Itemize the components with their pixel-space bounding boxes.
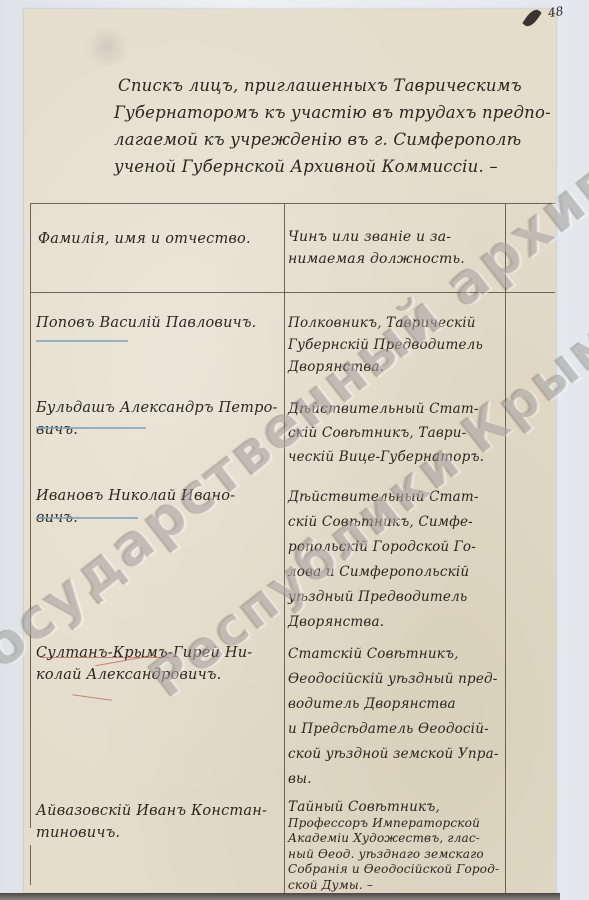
header-text: Фамилія, имя и отчество.	[38, 228, 251, 250]
table-row-rank: Тайный Совѣтникъ, Профессоръ Императорск…	[288, 800, 499, 893]
cell-text: колай Александровичъ.	[36, 664, 252, 686]
table-top-rule	[30, 203, 555, 204]
cell-text: Академіи Художествъ, глас-	[288, 831, 499, 847]
blue-pencil-underline	[36, 340, 128, 342]
embossed-seal-icon	[82, 27, 132, 67]
column-divider-rule	[505, 203, 506, 893]
blue-pencil-underline	[36, 427, 146, 429]
header-text: Чинъ или званіе и за-	[288, 226, 465, 248]
title-line: лагаемой къ учрежденію въ г. Симферополѣ	[114, 126, 558, 153]
cell-text: Ивановъ Николай Ивано-	[36, 485, 235, 507]
table-left-rule-lower	[30, 845, 31, 885]
cell-text: Статскій Совѣтникъ,	[288, 642, 499, 667]
cell-text: Губернскій Предводитель	[288, 334, 483, 356]
cell-text: вичъ.	[36, 419, 278, 441]
title-line: Спискъ лицъ, приглашенныхъ Таврическимъ	[118, 72, 558, 99]
cell-text: скій Совѣтникъ, Таври-	[288, 421, 484, 445]
cell-text: Собранія и Ѳеодосійской Город-	[288, 862, 499, 878]
cell-text: Айвазовскій Иванъ Констан-	[36, 800, 267, 822]
cell-text: ный Ѳеод. уѣзднаго земскаго	[288, 847, 499, 863]
blue-pencil-underline	[36, 517, 138, 519]
header-rank-column: Чинъ или званіе и за- нимаемая должность…	[288, 226, 465, 270]
cell-text: Дѣйствительный Стат-	[288, 485, 479, 510]
table-row-name: Султанъ-Крымъ-Гирей Ни- колай Александро…	[36, 642, 252, 686]
header-name-column: Фамилія, имя и отчество.	[38, 228, 251, 250]
cell-text: лова и Симферопольскій	[288, 560, 479, 585]
column-divider-rule	[284, 203, 285, 893]
cell-text: Султанъ-Крымъ-Гирей Ни-	[36, 642, 252, 664]
folio-number: 48	[547, 4, 565, 21]
table-row-rank: Статскій Совѣтникъ, Ѳеодосійскій уѣздный…	[288, 642, 499, 792]
title-line: Губернаторомъ къ участію въ трудахъ пред…	[114, 99, 558, 126]
cell-text: Тайный Совѣтникъ,	[288, 800, 499, 816]
cell-text: уѣздный Предводитель	[288, 585, 479, 610]
cell-text: Бульдашъ Александръ Петро-	[36, 397, 278, 419]
table-row-name: Бульдашъ Александръ Петро- вичъ.	[36, 397, 278, 441]
cell-text: скій Совѣтникъ, Симфе-	[288, 510, 479, 535]
cell-text: и Предсѣдатель Ѳеодосій-	[288, 717, 499, 742]
table-row-rank: Дѣйствительный Стат- скій Совѣтникъ, Сим…	[288, 485, 479, 635]
cell-text: водитель Дворянства	[288, 692, 499, 717]
table-row-rank: Дѣйствительный Стат- скій Совѣтникъ, Тав…	[288, 397, 484, 469]
cell-text: ской уѣздной земской Упра-	[288, 742, 499, 767]
cell-text: Дѣйствительный Стат-	[288, 397, 484, 421]
cell-text: ропольскій Городской Го-	[288, 535, 479, 560]
header-text: нимаемая должность.	[288, 248, 465, 270]
cell-text: тиновичъ.	[36, 822, 267, 844]
cell-text: Профессоръ Императорской	[288, 816, 499, 832]
page-bottom-edge	[0, 893, 560, 900]
cell-text: Дворянства.	[288, 356, 483, 378]
cell-text: Поповъ Василій Павловичъ.	[36, 312, 257, 334]
cell-text: вы.	[288, 767, 499, 792]
table-row-rank: Полковникъ, Таврическій Губернскій Предв…	[288, 312, 483, 378]
table-row-name: Айвазовскій Иванъ Констан- тиновичъ.	[36, 800, 267, 844]
table-left-rule	[30, 203, 31, 828]
table-row-name: Ивановъ Николай Ивано- вичъ.	[36, 485, 235, 529]
cell-text: ческій Вице-Губернаторъ.	[288, 445, 484, 469]
cell-text: ской Думы. –	[288, 878, 499, 894]
title-line: ученой Губернской Архивной Коммиссіи. –	[114, 153, 558, 180]
document-title: Спискъ лицъ, приглашенныхъ Таврическимъ …	[118, 72, 558, 180]
cell-text: Полковникъ, Таврическій	[288, 312, 483, 334]
table-row-name: Поповъ Василій Павловичъ.	[36, 312, 257, 334]
header-separator-rule	[30, 292, 555, 293]
cell-text: Ѳеодосійскій уѣздный пред-	[288, 667, 499, 692]
cell-text: Дворянства.	[288, 610, 479, 635]
